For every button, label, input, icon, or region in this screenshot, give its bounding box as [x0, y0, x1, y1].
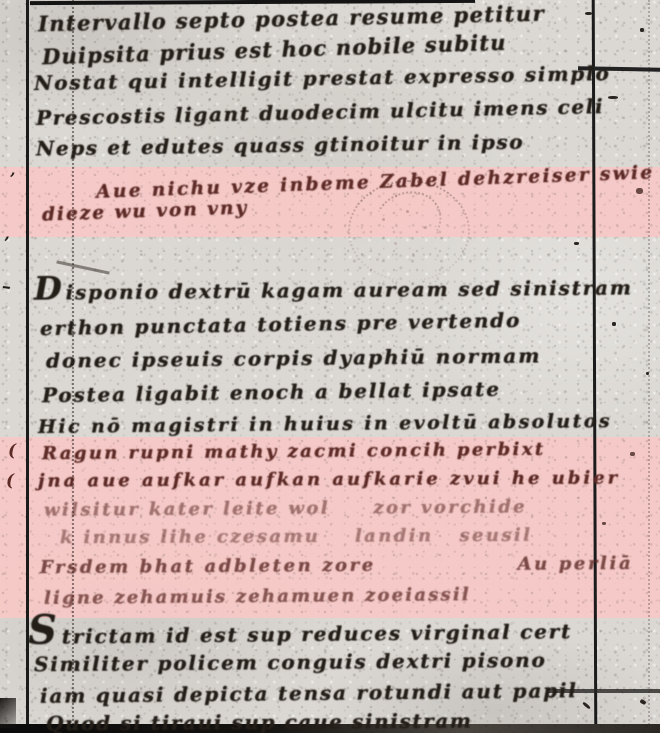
decorated-initial: D	[34, 269, 64, 307]
margin-mark: (	[8, 441, 16, 461]
decorated-initial: S	[28, 607, 59, 654]
manuscript-line: Frsdem bhat adbleten zore Au perliā	[40, 553, 633, 578]
margin-mark: ‚	[10, 160, 16, 179]
manuscript-line: Strictam id est sup reduces virginal cer…	[28, 611, 572, 649]
manuscript-line: Neps et edutes quass gtinoitur in ipso	[36, 130, 524, 161]
manuscript-line: Quod si tiraui sup caue sinistram	[46, 709, 473, 733]
manuscript-line: Hic nō magistri in huius in evoltū absol…	[38, 410, 612, 438]
manuscript-page: ‚ ’ – ( ( Intervallo septo postea resume…	[0, 0, 660, 733]
manuscript-line: wilsitur kater leite wol zor vorchide	[44, 496, 527, 520]
right-outer-rule-line	[648, 0, 650, 733]
manuscript-line: donec ipseuis corpis dyaphiū normam	[46, 343, 542, 372]
manuscript-line: erthon punctata totiens pre vertendo	[40, 308, 521, 340]
bottom-left-corner-shadow	[0, 698, 16, 728]
manuscript-line: iam quasi depicta tensa rotundi aut papi…	[40, 678, 578, 708]
manuscript-line: k innus lihe czesamu landin seusil	[60, 525, 532, 548]
library-stamp	[348, 180, 470, 280]
manuscript-line: ligne zehamuis zehamuen zoeiassil	[44, 584, 471, 609]
manuscript-line: Disponio dextrū kagam auream sed sinistr…	[34, 271, 633, 304]
manuscript-line: jna aue aufkar aufkan aufkarie zvui he u…	[38, 467, 620, 491]
margin-mark: –	[1, 275, 13, 297]
manuscript-line: Postea ligabit enoch a bellat ipsate	[42, 377, 501, 407]
margin-mark: ’	[4, 233, 10, 252]
manuscript-line: Prescostis ligant duodecim ulcitu imens …	[36, 94, 605, 130]
manuscript-line: Ragun rupni mathy zacmi concih perbixt	[42, 439, 546, 464]
manuscript-line-text: trictam id est sup reduces virginal cert	[62, 619, 573, 648]
manuscript-line: Similiter policem conguis dextri pisono	[34, 648, 547, 676]
pen-flourish	[56, 260, 109, 274]
margin-mark: (	[6, 471, 14, 491]
manuscript-line-text: isponio dextrū kagam auream sed sinistra…	[65, 275, 632, 304]
